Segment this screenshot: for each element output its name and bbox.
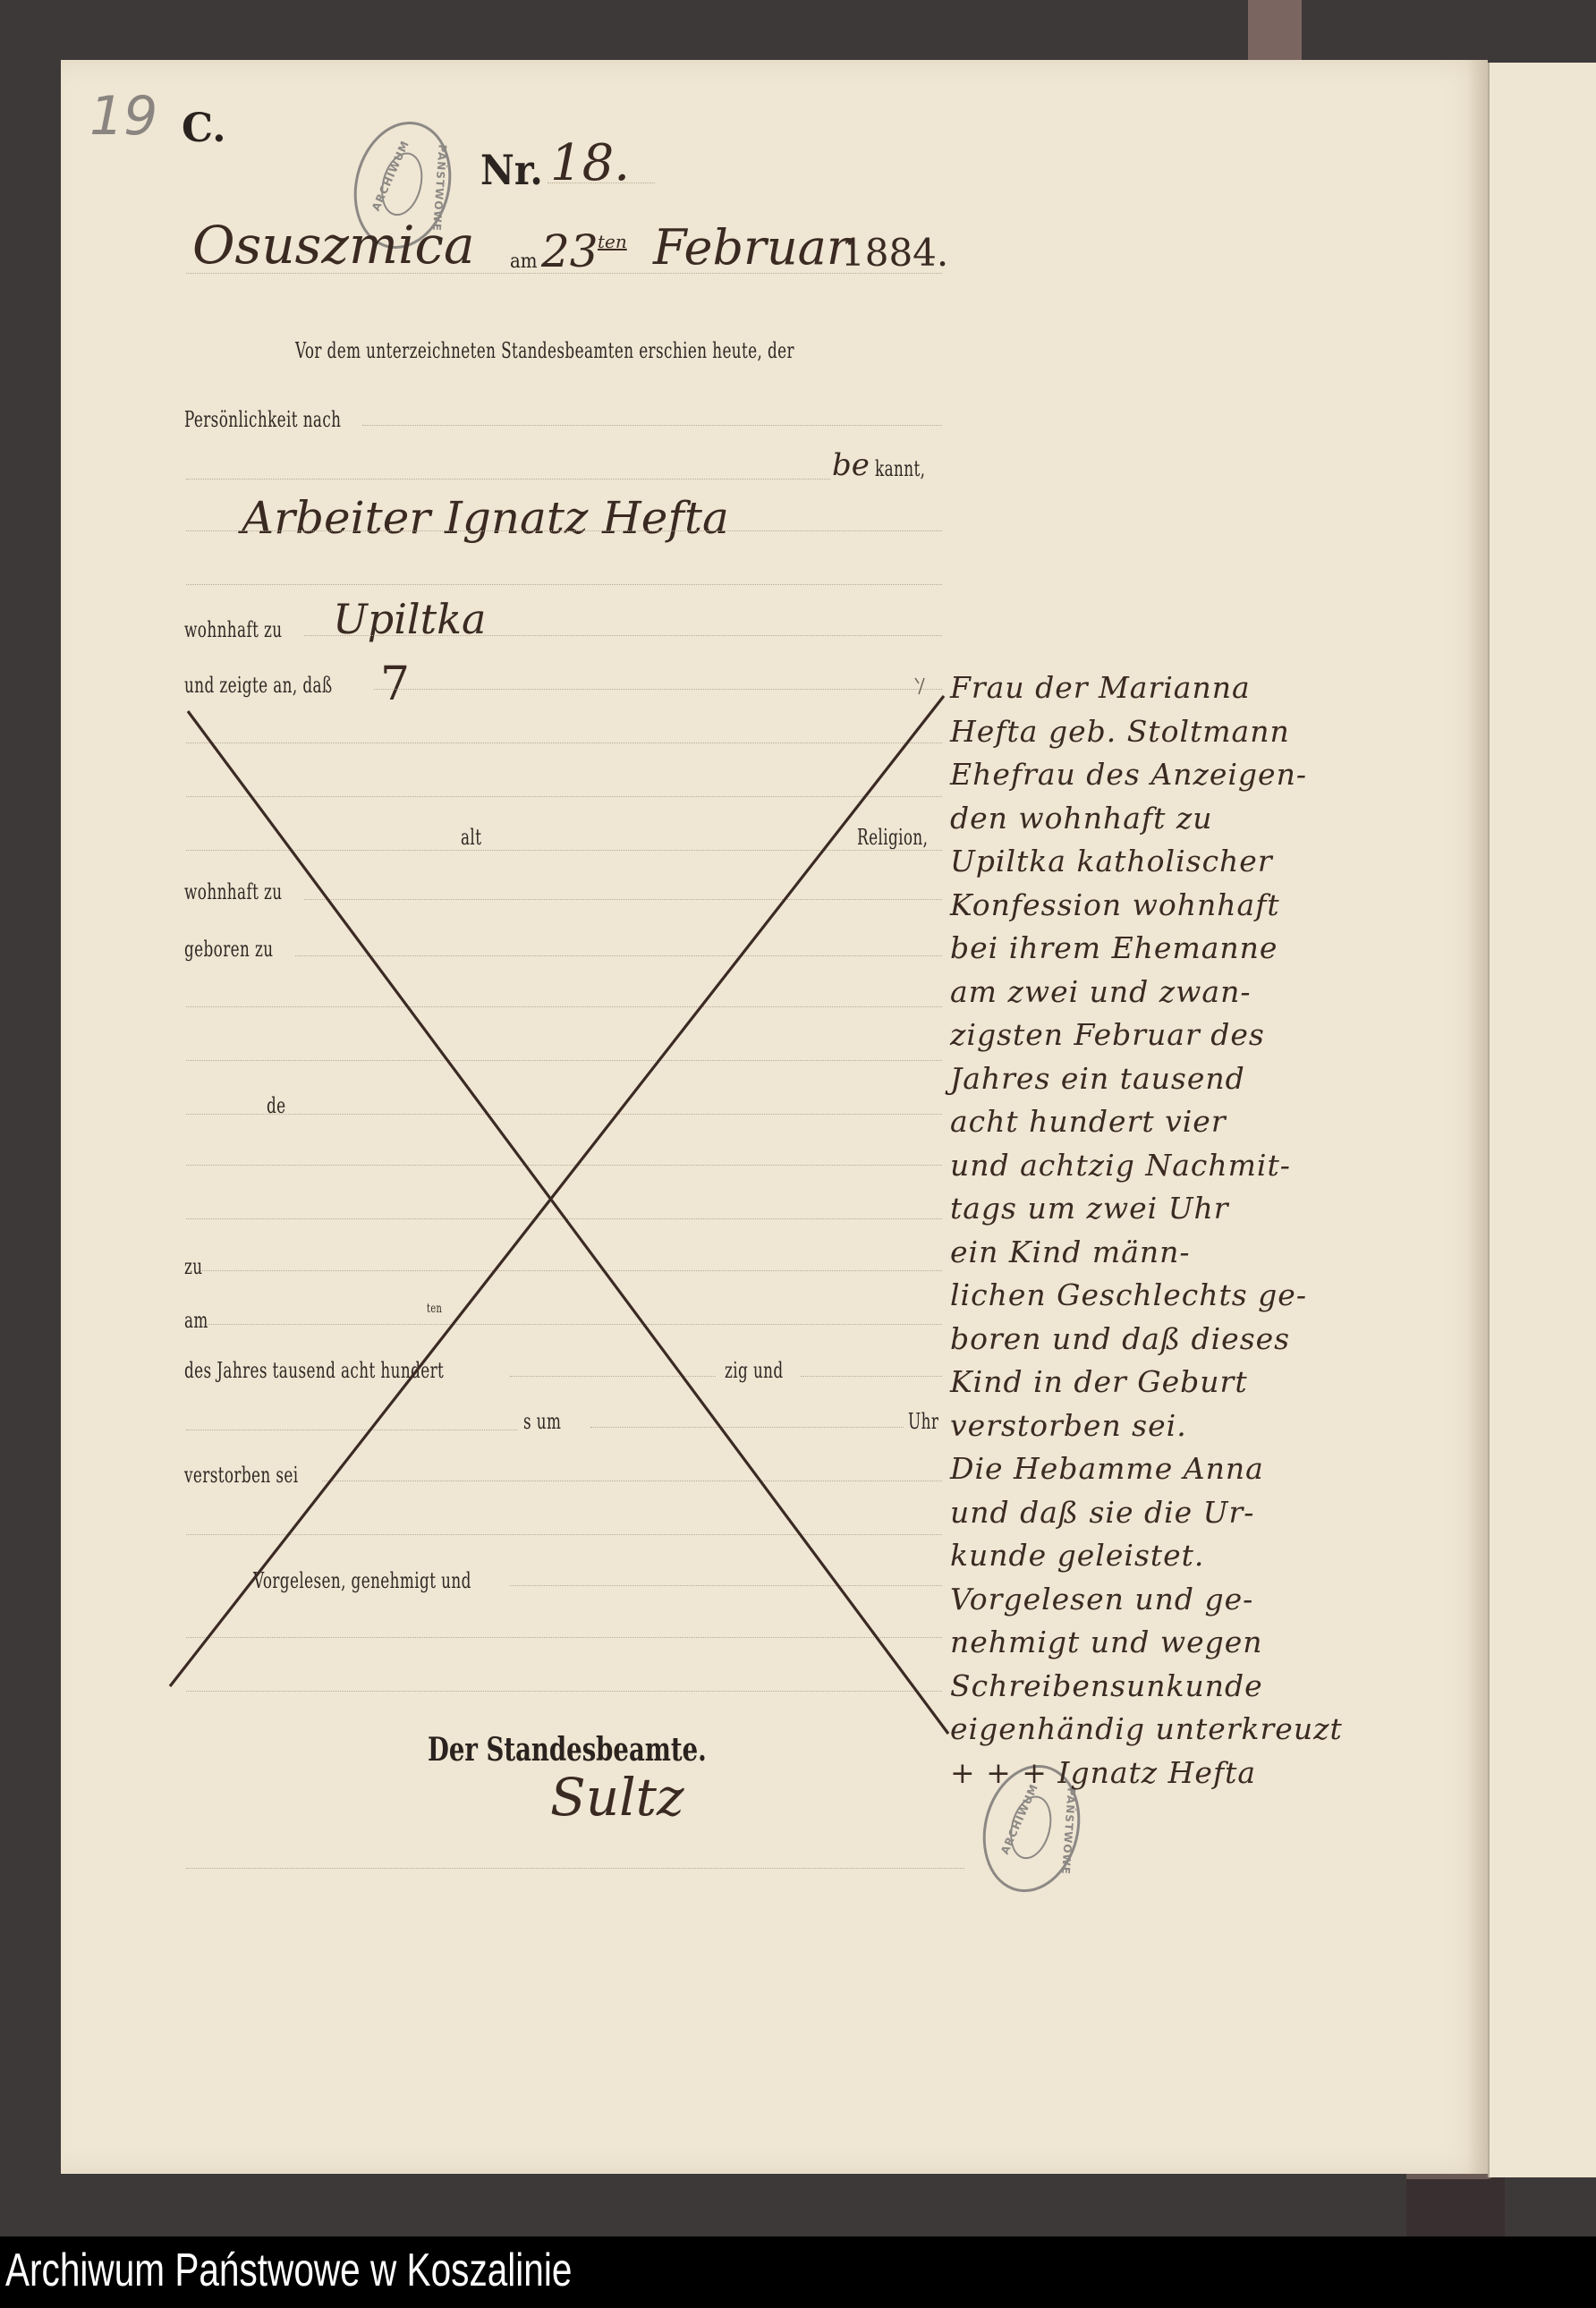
margin-note-line: eigenhändig unterkreuzt: [950, 1708, 1451, 1752]
margin-note-line: kunde geleistet.: [950, 1534, 1451, 1578]
margin-note-line: Jahres ein tausend: [950, 1057, 1451, 1101]
archive-name: Archiwum Państwowe w Koszalinie: [5, 2244, 572, 2297]
margin-note-line: tags um zwei Uhr: [950, 1187, 1451, 1231]
archive-footer: Archiwum Państwowe w Koszalinie: [0, 2236, 1596, 2308]
margin-note-line: verstorben sei.: [950, 1404, 1451, 1448]
margin-note-line: am zwei und zwan-: [950, 971, 1451, 1014]
margin-note-line: bei ihrem Ehemanne: [950, 927, 1451, 971]
margin-note-line: Hefta geb. Stoltmann: [950, 710, 1451, 754]
margin-note-line: + + + Ignatz Hefta: [950, 1752, 1451, 1795]
margin-note-line: Upiltka katholischer: [950, 840, 1451, 884]
margin-note-line: und achtzig Nachmit-: [950, 1144, 1451, 1188]
registrar-signature: Sultz: [550, 1767, 684, 1828]
margin-note-line: zigsten Februar des: [950, 1014, 1451, 1057]
margin-note-line: nehmigt und wegen: [950, 1621, 1451, 1665]
margin-note-line: lichen Geschlechts ge-: [950, 1274, 1451, 1318]
margin-note-line: acht hundert vier: [950, 1100, 1451, 1144]
margin-note-line: den wohnhaft zu: [950, 797, 1451, 841]
margin-note-line: Ehefrau des Anzeigen-: [950, 753, 1451, 797]
margin-note: Frau der Marianna Hefta geb. Stoltmann E…: [950, 666, 1451, 1795]
margin-note-line: Vorgelesen und ge-: [950, 1578, 1451, 1622]
form-line: [186, 1868, 964, 1869]
margin-note-line: boren und daß dieses: [950, 1318, 1451, 1362]
margin-note-line: Schreibensunkunde: [950, 1665, 1451, 1709]
margin-note-line: Konfession wohnhaft: [950, 884, 1451, 928]
registrar-title: Der Standesbeamte.: [428, 1731, 707, 1769]
margin-note-line: ein Kind männ-: [950, 1231, 1451, 1275]
margin-note-line: Kind in der Geburt: [950, 1361, 1451, 1404]
margin-note-line: Frau der Marianna: [950, 666, 1451, 710]
margin-note-line: Die Hebamme Anna: [950, 1447, 1451, 1491]
margin-note-line: und daß sie die Ur-: [950, 1491, 1451, 1535]
